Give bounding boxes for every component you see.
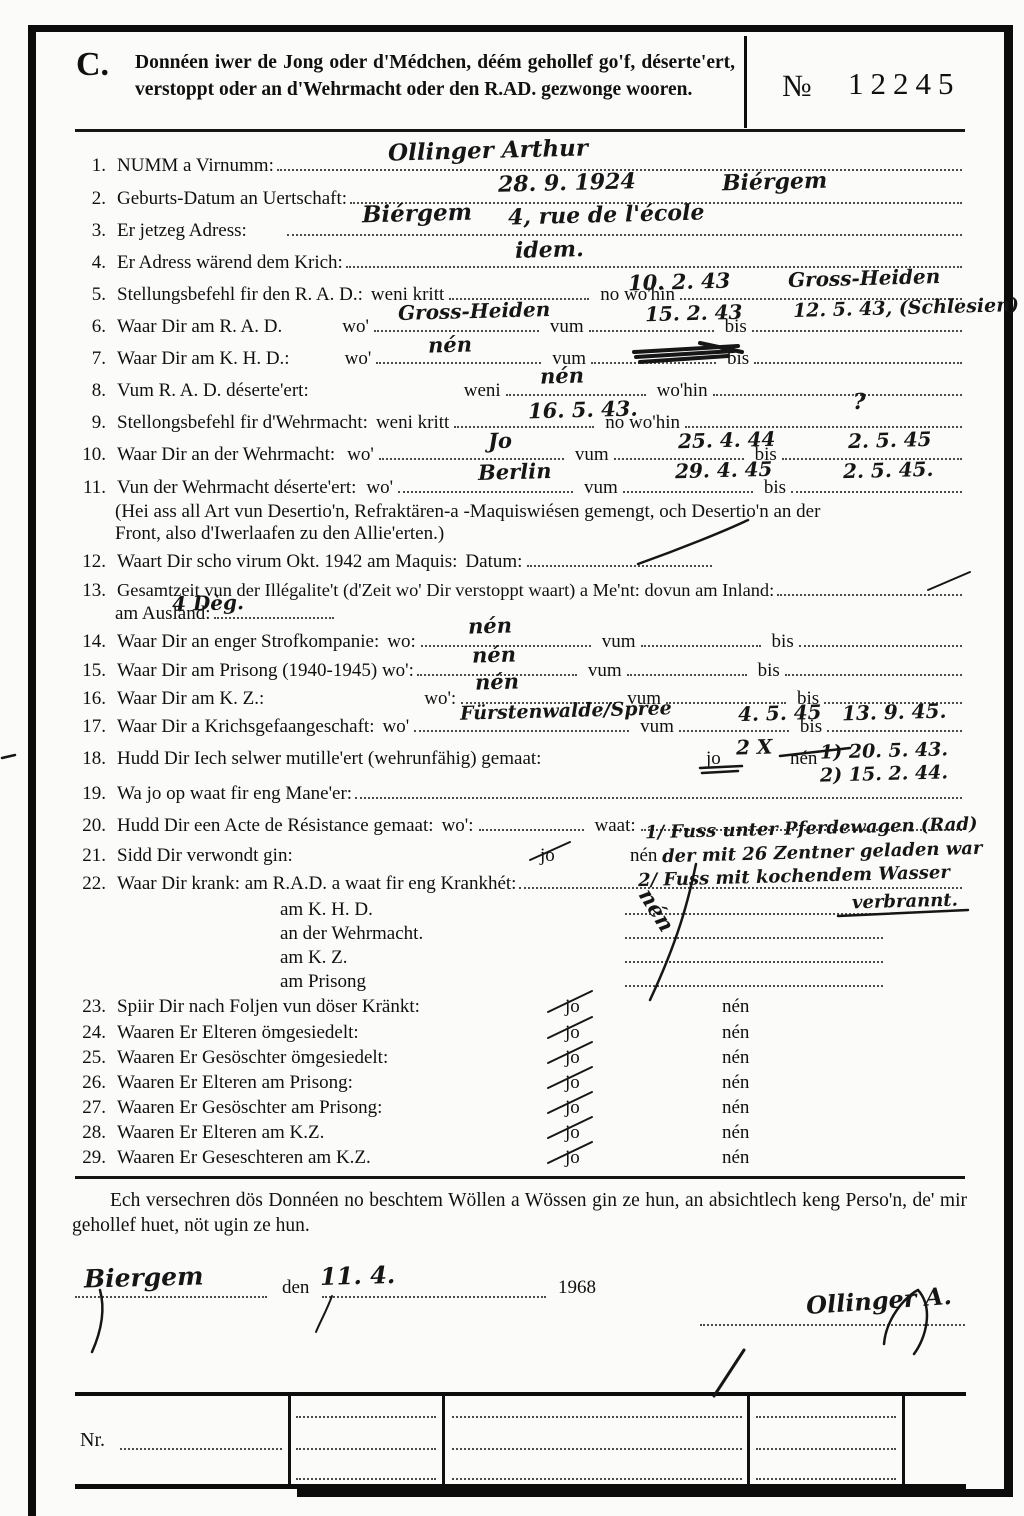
handwritten-r11-bis: 2. 5. 45. xyxy=(843,457,934,483)
row-number: 22. xyxy=(68,873,117,895)
form-row-28: 28. Waaren Er Elteren am K.Z. jo nén xyxy=(68,1122,965,1144)
declaration-text: Ech versechren dös Donnéen no beschtem W… xyxy=(72,1188,967,1239)
dotted-line xyxy=(287,230,962,236)
numero-sign: № xyxy=(782,68,812,104)
row-number: 3. xyxy=(68,220,117,242)
row-label: Waart Dir scho virum Okt. 1942 am Maquis… xyxy=(117,551,457,573)
row-word: vum xyxy=(575,444,609,466)
row-label: Waaren Er Elteren am Prisong: xyxy=(117,1072,353,1094)
row-label: Waaren Er Geseschteren am K.Z. xyxy=(117,1147,371,1169)
frame-bottom xyxy=(297,1489,1013,1497)
nen-option: nén xyxy=(722,1147,749,1169)
table-divider xyxy=(288,1396,291,1484)
row-label: Stellungsbefehl fir den R. A. D.: xyxy=(117,284,363,306)
row-number: 18. xyxy=(68,748,117,770)
row-label: Wa jo op waat fir eng Mane'er: xyxy=(117,783,352,805)
row-label: Waar Dir krank: am R.A.D. a waat fir eng… xyxy=(117,873,516,895)
dotted-line xyxy=(454,422,594,428)
handwritten-r10-vum: 25. 4. 44 xyxy=(678,427,776,454)
jo-option: jo xyxy=(706,748,721,770)
row-number: 5. xyxy=(68,284,117,306)
nen-option: nén xyxy=(722,1122,749,1144)
row-number: 10. xyxy=(68,444,117,466)
table-dotted-line xyxy=(756,1476,896,1480)
row-number: 23. xyxy=(68,996,117,1018)
row-number: 24. xyxy=(68,1022,117,1044)
handwritten-birth-place: Biérgem xyxy=(722,168,828,197)
row-word: wo' xyxy=(347,444,374,466)
section-letter: C. xyxy=(76,46,109,84)
dotted-line xyxy=(641,641,761,647)
handwritten-r14-wo: nén xyxy=(468,612,513,638)
dotted-line xyxy=(414,726,629,732)
form-row-11-note2: Front, also d'Iwerlaafen zu den Allie'er… xyxy=(115,523,965,545)
form-row-26: 26. Waaren Er Elteren am Prisong: jo nén xyxy=(68,1072,965,1094)
row-word: wo' xyxy=(345,348,372,370)
row-label: Waaren Er Elteren ömgesiedelt: xyxy=(117,1022,359,1044)
form-row-25: 25. Waaren Er Gesöschter ömgesiedelt: jo… xyxy=(68,1047,965,1069)
row-number: 2. xyxy=(68,188,117,210)
handwritten-r10-bis: 2. 5. 45 xyxy=(848,427,932,453)
dotted-line xyxy=(679,726,789,732)
table-dotted-line xyxy=(452,1414,742,1418)
row-number: 14. xyxy=(68,631,117,653)
row-label: Stellongsbefehl fir d'Wehrmacht: xyxy=(117,412,368,434)
row-word: bis xyxy=(758,660,780,682)
table-dotted-line xyxy=(452,1476,742,1480)
row-word: wo'hin xyxy=(657,380,708,402)
row-number: 21. xyxy=(68,845,117,867)
row-label: Waar Dir am K. H. D.: xyxy=(117,348,290,370)
table-divider xyxy=(902,1396,905,1484)
form-row-22-sub2: an der Wehrmacht. xyxy=(280,923,965,945)
row-word: wo' xyxy=(382,716,409,738)
dotted-line xyxy=(713,390,962,396)
row-label: Er Adress wärend dem Krich: xyxy=(117,252,343,274)
form-row-8: 8. Vum R. A. D. déserte'ert: weni wo'hin xyxy=(68,380,965,402)
row-number: 4. xyxy=(68,252,117,274)
table-top-border xyxy=(75,1392,966,1396)
row-number: 28. xyxy=(68,1122,117,1144)
dotted-line xyxy=(752,326,962,332)
nen-option: nén xyxy=(722,996,749,1018)
row-label: Er jetzeg Adress: xyxy=(117,220,247,242)
handwritten-r15-wo: nén xyxy=(472,641,517,667)
table-dotted-line xyxy=(296,1446,436,1450)
sig-place-line xyxy=(75,1294,267,1298)
dotted-line xyxy=(799,641,962,647)
row-word: bis xyxy=(727,348,749,370)
row-number: 20. xyxy=(68,815,117,837)
parenthetical-note: Front, also d'Iwerlaafen zu den Allie'er… xyxy=(115,523,444,545)
row-number: 9. xyxy=(68,412,117,434)
handwritten-address-street: 4, rue de l'école xyxy=(508,199,705,230)
handwritten-r6-vum: 15. 2. 43 xyxy=(645,300,743,327)
frame-top xyxy=(28,25,1011,32)
handwritten-injury-note4: verbrannt. xyxy=(852,890,958,914)
row-word: bis xyxy=(772,631,794,653)
dotted-line xyxy=(376,358,541,364)
sub-label: am K. Z. xyxy=(280,947,622,969)
row-label: Waar Dir am R. A. D. xyxy=(117,316,282,338)
row-number: 17. xyxy=(68,716,117,738)
row-number: 7. xyxy=(68,348,117,370)
handwritten-signature: Ollinger A. xyxy=(805,1281,952,1320)
handwritten-war-address: idem. xyxy=(515,236,584,264)
handwritten-r7-wo: nén xyxy=(428,331,473,357)
form-row-24: 24. Waaren Er Elteren ömgesiedelt: jo né… xyxy=(68,1022,965,1044)
handwritten-r5-place: Gross-Heiden xyxy=(788,264,941,292)
table-dotted-line xyxy=(756,1414,896,1418)
row-word: vum xyxy=(584,477,618,499)
handwritten-r18-times: 2 X xyxy=(736,735,773,760)
form-row-12: 12. Waart Dir scho virum Okt. 1942 am Ma… xyxy=(68,551,965,573)
handwritten-r9-date: 16. 5. 43. xyxy=(528,396,638,424)
row-number: 29. xyxy=(68,1147,117,1169)
jo-option: jo xyxy=(565,996,580,1018)
row-number: 27. xyxy=(68,1097,117,1119)
handwritten-r17-vum: 4. 5. 45 xyxy=(738,700,822,726)
row-number: 16. xyxy=(68,688,117,710)
table-divider xyxy=(442,1396,445,1484)
row-word: weni xyxy=(464,380,501,402)
jo-option: jo xyxy=(565,1022,580,1044)
row-label: Waaren Er Gesöschter ömgesiedelt: xyxy=(117,1047,388,1069)
dotted-line xyxy=(627,670,747,676)
jo-option: jo xyxy=(565,1072,580,1094)
jo-option: jo xyxy=(565,1147,580,1169)
row-word: wo': xyxy=(442,815,474,837)
scanned-form-page: C. Donnéen iwer de Jong oder d'Médchen, … xyxy=(0,0,1024,1516)
handwritten-address-place: Biérgem xyxy=(362,199,473,229)
handwritten-birth-date: 28. 9. 1924 xyxy=(498,168,636,198)
nr-label: Nr. xyxy=(80,1429,105,1452)
form-row-22-sub4: am Prisong xyxy=(280,971,965,993)
row-label: Vum R. A. D. déserte'ert: xyxy=(117,380,309,402)
handwritten-r11-vum: 29. 4. 45 xyxy=(675,457,773,484)
row-number: 15. xyxy=(68,660,117,682)
row-label: Waar Dir a Krichsgefaangeschaft: xyxy=(117,716,374,738)
handwritten-r8-weni: nén xyxy=(540,362,585,388)
row-number: 6. xyxy=(68,316,117,338)
row-number: 19. xyxy=(68,783,117,805)
handwritten-sig-place: Biergem xyxy=(84,1261,204,1293)
nen-option: nén xyxy=(722,1072,749,1094)
row-word: waat: xyxy=(595,815,636,837)
row-word: weni kritt xyxy=(376,412,449,434)
table-dotted-line xyxy=(452,1446,742,1450)
row-label: Waar Dir an enger Strofkompanie: xyxy=(117,631,379,653)
form-row-7: 7. Waar Dir am K. H. D.: wo' vum bis xyxy=(68,348,965,370)
row-label: Sidd Dir verwondt gin: xyxy=(117,845,293,867)
row-word: vum xyxy=(602,631,636,653)
handwritten-r10-wo: Jo xyxy=(488,428,513,454)
dotted-line xyxy=(791,487,962,493)
nen-option: nén xyxy=(722,1097,749,1119)
dotted-line xyxy=(591,358,716,364)
dotted-line xyxy=(479,825,584,831)
nen-option: nén xyxy=(630,845,657,867)
nen-option: nén xyxy=(722,1022,749,1044)
row-label: Vun der Wehrmacht déserte'ert: xyxy=(117,477,356,499)
handwritten-r17-bis: 13. 9. 45. xyxy=(842,699,947,726)
dotted-line xyxy=(625,933,883,939)
dotted-line xyxy=(625,957,883,963)
row-number: 13. xyxy=(68,580,117,602)
handwritten-r6-bis: 12. 5. 43, (Schlesien) xyxy=(793,294,1019,322)
handwritten-r18-date1: 1) 20. 5. 43. xyxy=(820,738,949,763)
row-label: Waaren Er Gesöschter am Prisong: xyxy=(117,1097,382,1119)
row-word: wo': xyxy=(424,688,456,710)
form-row-14: 14. Waar Dir an enger Strofkompanie: wo:… xyxy=(68,631,965,653)
row-label: Hudd Dir een Acte de Résistance gemaat: xyxy=(117,815,434,837)
row-word: vum xyxy=(588,660,622,682)
form-title: Donnéen iwer de Jong oder d'Médchen, déé… xyxy=(135,50,735,104)
row-label: Waaren Er Elteren am K.Z. xyxy=(117,1122,324,1144)
frame-right xyxy=(1004,25,1013,1497)
parenthetical-note: (Hei ass all Art vun Desertio'n, Refrakt… xyxy=(115,501,820,523)
dotted-line xyxy=(625,981,883,987)
sig-date-line xyxy=(322,1294,546,1298)
row-number: 12. xyxy=(68,551,117,573)
dotted-line xyxy=(623,487,753,493)
form-row-9: 9. Stellongsbefehl fir d'Wehrmacht: weni… xyxy=(68,412,965,434)
row-label: Waar Dir am K. Z.: xyxy=(117,688,264,710)
sub-label: an der Wehrmacht. xyxy=(280,923,622,945)
row-word: wo' xyxy=(366,477,393,499)
dotted-line xyxy=(754,358,962,364)
table-dotted-line xyxy=(756,1446,896,1450)
sig-year: 1968 xyxy=(558,1277,596,1299)
row-number: 26. xyxy=(68,1072,117,1094)
form-row-11-note: (Hei ass all Art vun Desertio'n, Refrakt… xyxy=(115,501,965,523)
dotted-line xyxy=(785,670,962,676)
row-word: Datum: xyxy=(465,551,522,573)
handwritten-r9-wohin: ? xyxy=(853,389,867,415)
form-row-22-sub3: am K. Z. xyxy=(280,947,965,969)
sub-label: am Prisong xyxy=(280,971,622,993)
dotted-line xyxy=(589,326,714,332)
row-number: 8. xyxy=(68,380,117,402)
row-word: wo' xyxy=(342,316,369,338)
nr-dotted-line xyxy=(120,1446,282,1450)
row-label: NUMM a Virnumm: xyxy=(117,155,274,177)
handwritten-r18-date2: 2) 15. 2. 44. xyxy=(820,761,949,786)
handwritten-r16-wo: nén xyxy=(475,668,520,694)
handwritten-r5-date: 10. 2. 43 xyxy=(628,268,731,296)
table-divider xyxy=(747,1396,750,1484)
nen-option: nén xyxy=(790,748,817,770)
handwritten-r11-wo: Berlin xyxy=(478,458,552,485)
dotted-line xyxy=(398,487,573,493)
row-label: Hudd Dir Iech selwer mutille'ert (wehrun… xyxy=(117,748,541,770)
frame-left xyxy=(28,25,36,1516)
row-word: vum xyxy=(550,316,584,338)
table-dotted-line xyxy=(296,1414,436,1418)
dotted-line xyxy=(527,561,712,567)
jo-option: jo xyxy=(565,1122,580,1144)
handwritten-name: Ollinger Arthur xyxy=(388,134,589,166)
jo-option: jo xyxy=(540,845,555,867)
dotted-line xyxy=(827,726,962,732)
sig-den-label: den xyxy=(282,1277,309,1299)
bottom-rule xyxy=(75,1176,965,1179)
row-number: 11. xyxy=(68,477,117,499)
header-rule xyxy=(75,129,965,132)
handwritten-r6-wo: Gross-Heiden xyxy=(398,297,551,325)
jo-option: jo xyxy=(565,1097,580,1119)
row-label: Spiir Dir nach Foljen vun döser Kränkt: xyxy=(117,996,420,1018)
row-number: 1. xyxy=(68,155,117,177)
form-row-23: 23. Spiir Dir nach Foljen vun döser Krän… xyxy=(68,996,965,1018)
table-dotted-line xyxy=(296,1476,436,1480)
form-row-27: 27. Waaren Er Gesöschter am Prisong: jo … xyxy=(68,1097,965,1119)
dotted-line xyxy=(355,793,962,799)
nen-option: nén xyxy=(722,1047,749,1069)
handwritten-sig-date: 11. 4. xyxy=(320,1260,396,1291)
row-word: wo: xyxy=(387,631,416,653)
handwritten-r13-ausland: 4 Dèg. xyxy=(172,590,245,616)
row-label: Waar Dir am Prisong (1940-1945) wo': xyxy=(117,660,414,682)
signature-line xyxy=(700,1322,965,1326)
row-label: Waar Dir an der Wehrmacht: xyxy=(117,444,335,466)
form-row-29: 29. Waaren Er Geseschteren am K.Z. jo né… xyxy=(68,1147,965,1169)
header-divider xyxy=(744,36,747,128)
jo-option: jo xyxy=(565,1047,580,1069)
form-number: 12245 xyxy=(848,66,961,102)
sub-label: am K. H. D. xyxy=(280,899,622,921)
row-number: 25. xyxy=(68,1047,117,1069)
table-bottom-border xyxy=(75,1484,966,1489)
row-label: Geburts-Datum an Uertschaft: xyxy=(117,188,347,210)
dotted-line xyxy=(777,590,962,596)
